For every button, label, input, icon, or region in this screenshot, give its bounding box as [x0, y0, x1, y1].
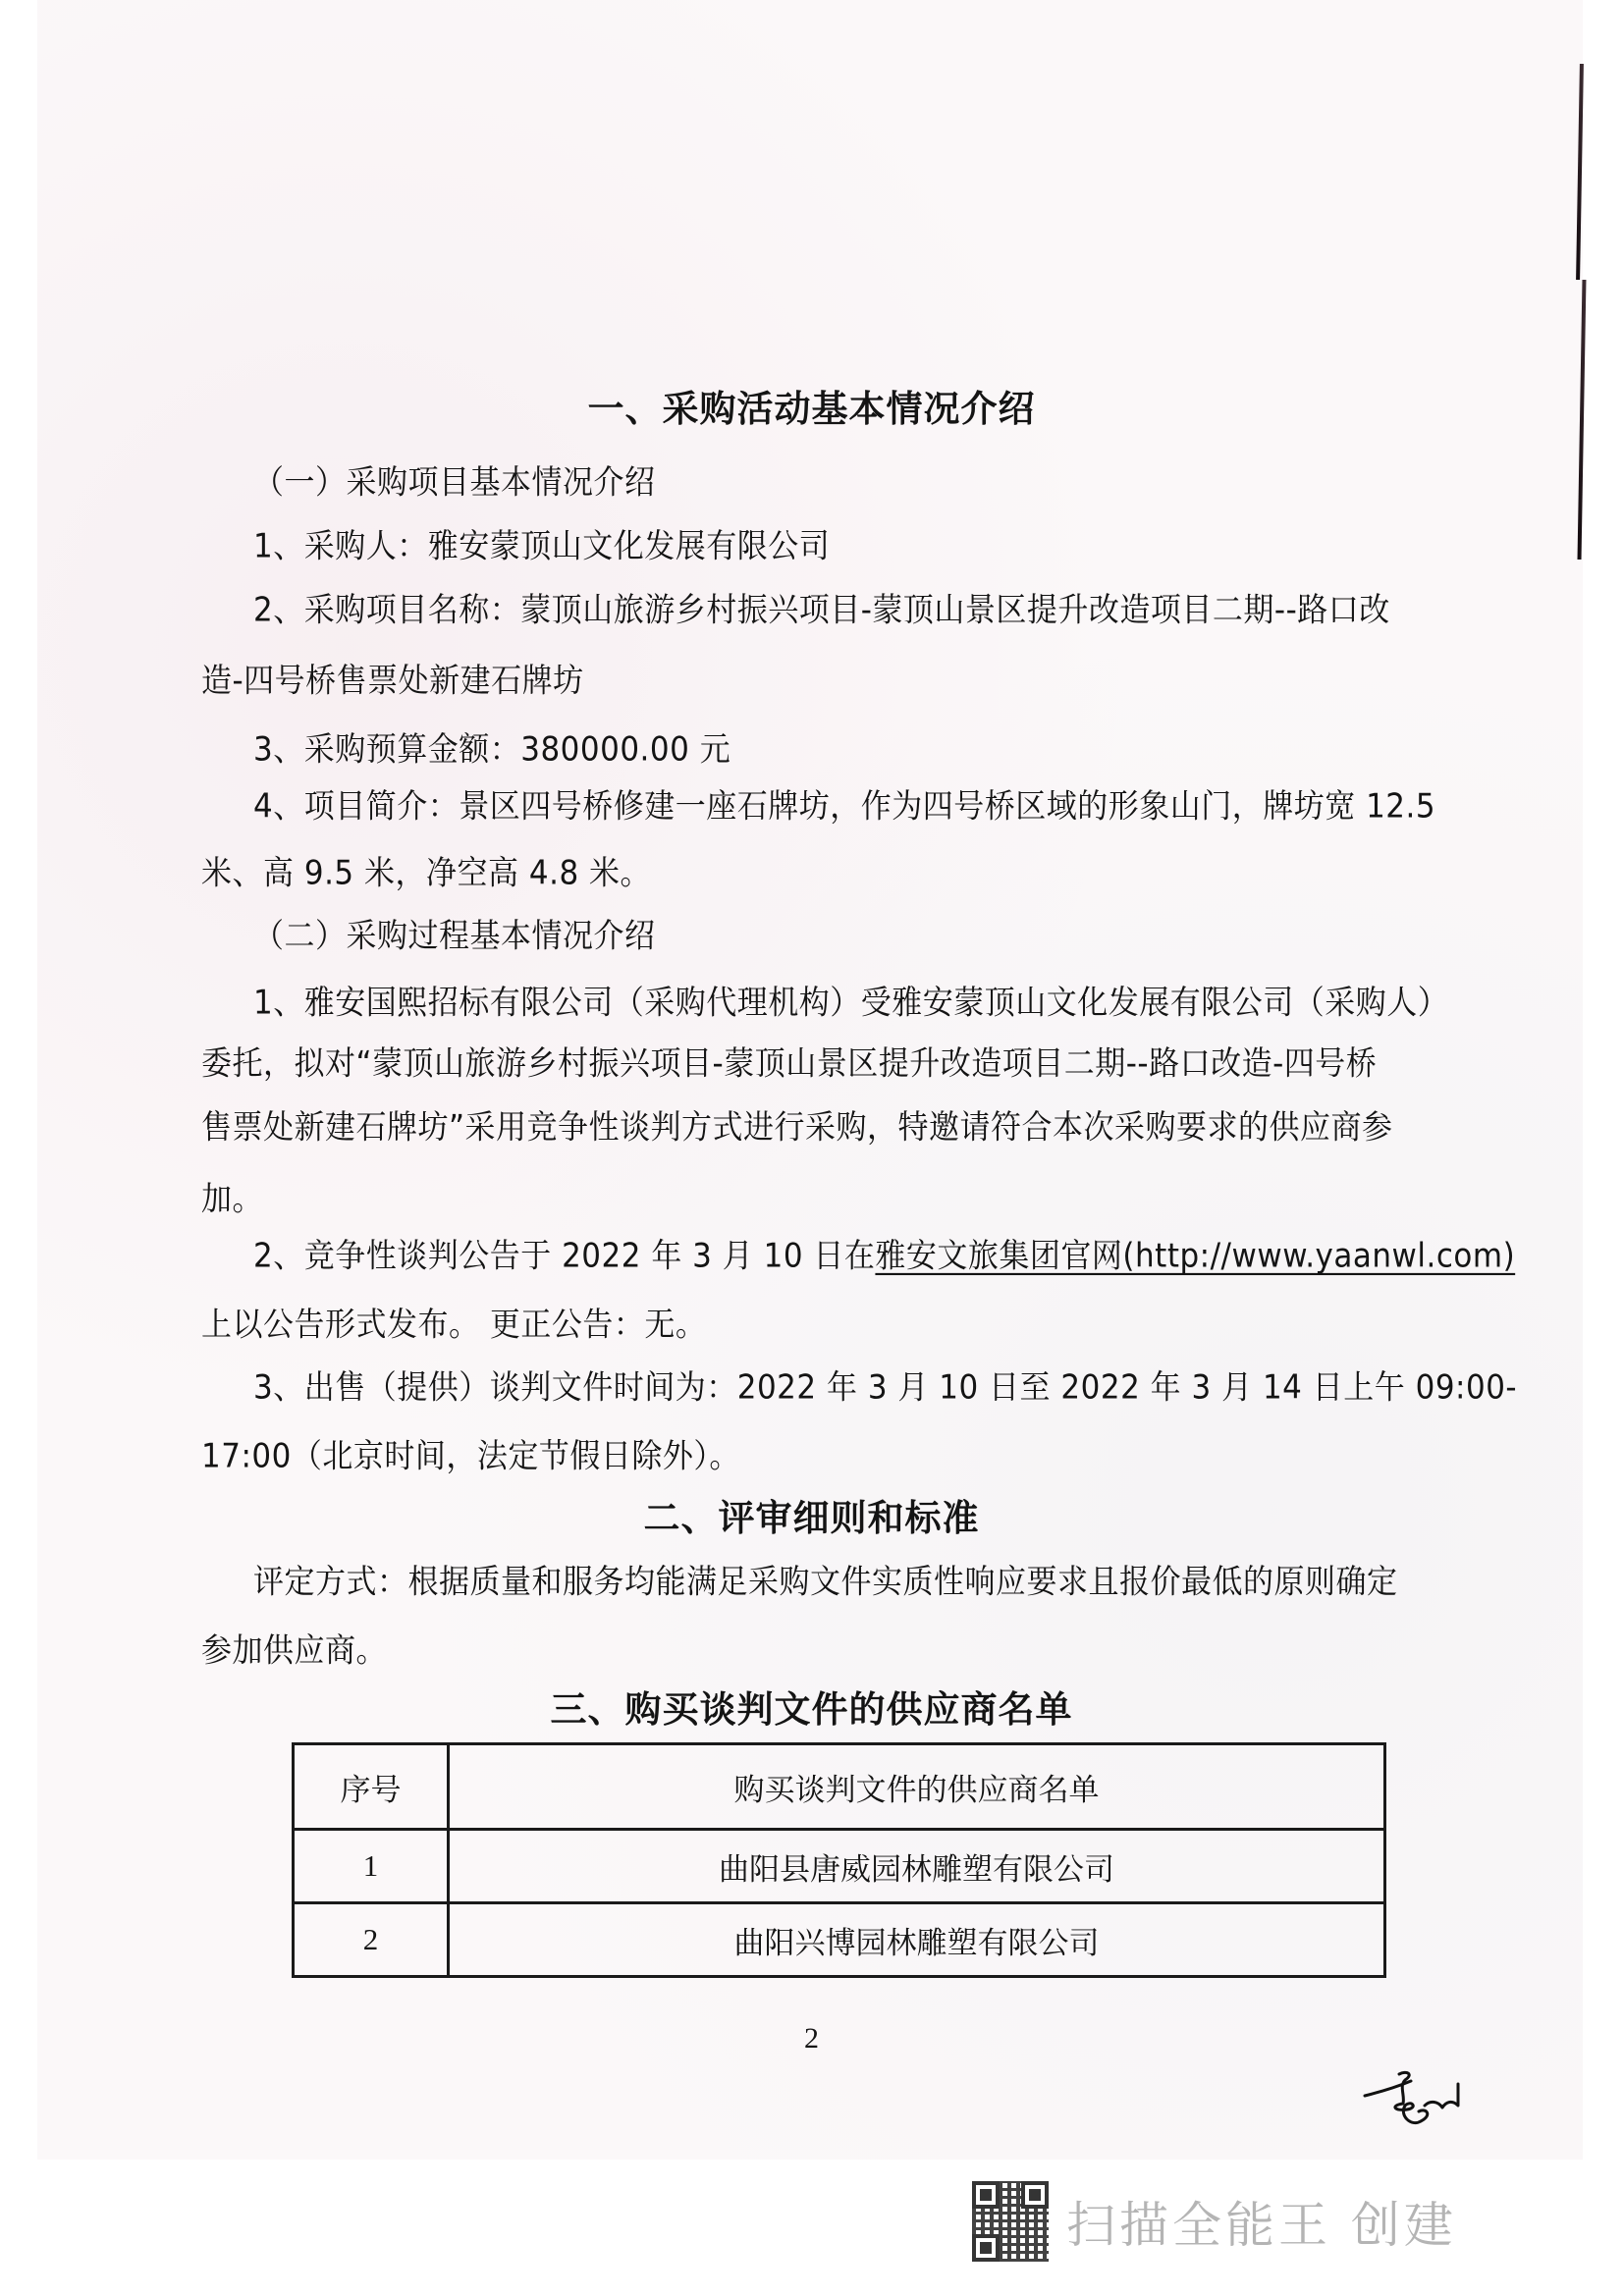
supplier-table: 序号 购买谈判文件的供应商名单 1 曲阳县唐威园林雕塑有限公司 2 曲阳兴博园林…: [292, 1742, 1386, 1978]
handwritten-signature: [1360, 2066, 1497, 2145]
process-p3-line2: 17:00（北京时间，法定节假日除外）。: [201, 1435, 740, 1477]
subsection1-heading: （一）采购项目基本情况介绍: [253, 461, 656, 504]
evaluation-line2: 参加供应商。: [201, 1629, 387, 1672]
project-summary-line1: 4、项目简介：景区四号桥修建一座石牌坊，作为四号桥区域的形象山门，牌坊宽 12.…: [253, 785, 1435, 828]
evaluation-line1: 评定方式：根据质量和服务均能满足采购文件实质性响应要求且报价最低的原则确定: [253, 1561, 1398, 1603]
camscanner-watermark: 扫描全能王 创建: [972, 2177, 1457, 2266]
column-header-supplier: 购买谈判文件的供应商名单: [449, 1744, 1385, 1830]
watermark-text: 扫描全能王 创建: [1066, 2186, 1457, 2257]
project-summary-line2: 米、高 9.5 米，净空高 4.8 米。: [201, 852, 651, 894]
process-p1-line3: 售票处新建石牌坊”采用竞争性谈判方式进行采购，特邀请符合本次采购要求的供应商参: [201, 1106, 1393, 1148]
official-website-link[interactable]: 雅安文旅集团官网(http://www.yaanwl.com): [875, 1237, 1515, 1275]
qr-code-icon: [972, 2181, 1049, 2262]
supplier-name: 曲阳兴博园林雕塑有限公司: [449, 1903, 1385, 1977]
announcement-text: 2、竞争性谈判公告于 2022 年 3 月 10 日在: [253, 1237, 875, 1275]
project-name-line1: 2、采购项目名称：蒙顶山旅游乡村振兴项目-蒙顶山景区提升改造项目二期--路口改: [253, 589, 1390, 631]
section2-title: 二、评审细则和标准: [0, 1497, 1623, 1540]
process-p1-line2: 委托，拟对“蒙顶山旅游乡村振兴项目-蒙顶山景区提升改造项目二期--路口改造-四号…: [201, 1042, 1377, 1085]
column-header-index: 序号: [294, 1744, 449, 1830]
project-name-line2: 造-四号桥售票处新建石牌坊: [201, 660, 584, 702]
process-p3-line1: 3、出售（提供）谈判文件时间为：2022 年 3 月 10 日至 2022 年 …: [253, 1366, 1517, 1409]
section3-title: 三、购买谈判文件的供应商名单: [0, 1688, 1623, 1732]
process-p2-line1: 2、竞争性谈判公告于 2022 年 3 月 10 日在雅安文旅集团官网(http…: [253, 1235, 1515, 1277]
budget-line: 3、采购预算金额：380000.00 元: [253, 728, 730, 771]
table-header-row: 序号 购买谈判文件的供应商名单: [294, 1744, 1385, 1830]
supplier-name: 曲阳县唐威园林雕塑有限公司: [449, 1830, 1385, 1903]
process-p2-line2: 上以公告形式发布。 更正公告：无。: [201, 1304, 706, 1346]
row-index: 2: [294, 1903, 449, 1977]
process-p1-line4: 加。: [201, 1178, 263, 1220]
purchaser-line: 1、采购人：雅安蒙顶山文化发展有限公司: [253, 525, 830, 567]
row-index: 1: [294, 1830, 449, 1903]
section1-title: 一、采购活动基本情况介绍: [0, 388, 1623, 431]
subsection2-heading: （二）采购过程基本情况介绍: [253, 915, 656, 957]
table-row: 1 曲阳县唐威园林雕塑有限公司: [294, 1830, 1385, 1903]
table-row: 2 曲阳兴博园林雕塑有限公司: [294, 1903, 1385, 1977]
process-p1-line1: 1、雅安国熙招标有限公司（采购代理机构）受雅安蒙顶山文化发展有限公司（采购人）: [253, 982, 1448, 1024]
page-number: 2: [0, 2022, 1623, 2056]
